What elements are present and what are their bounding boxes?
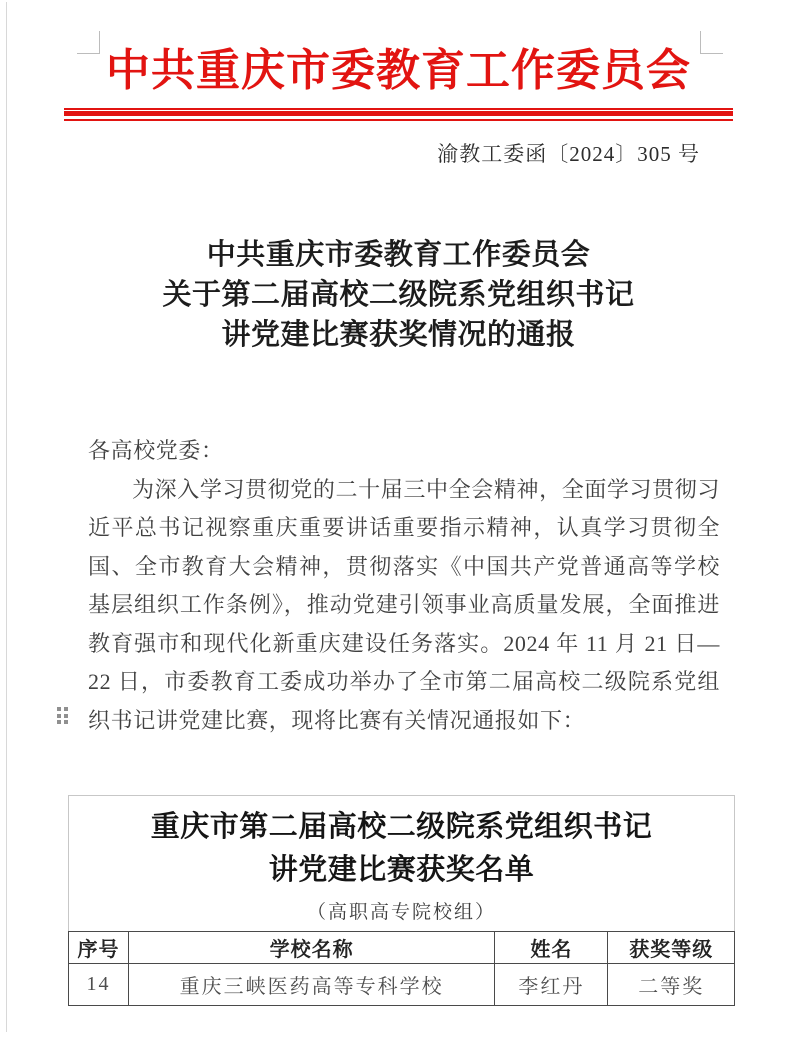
document-title-line-1: 中共重庆市委教育工作委员会 — [0, 235, 797, 275]
table-row: 14 重庆三峡医药高等专科学校 李红丹 二等奖 — [69, 964, 735, 1006]
table-cell-name: 李红丹 — [495, 964, 608, 1006]
salutation: 各高校党委： — [88, 432, 720, 471]
document-title-line-3: 讲党建比赛获奖情况的通报 — [0, 315, 797, 355]
award-heading-line-1: 重庆市第二届高校二级院系党组织书记 — [69, 806, 734, 849]
table-header-seq: 序号 — [69, 932, 129, 964]
table-header-school: 学校名称 — [128, 932, 494, 964]
red-divider — [64, 108, 733, 121]
red-divider-thin-line — [64, 119, 733, 121]
page-corner-mark-top-left-icon — [77, 31, 100, 54]
red-divider-thick-line — [64, 108, 733, 116]
body-paragraph: 为深入学习贯彻党的二十届三中全会精神，全面学习贯彻习近平总书记视察重庆重要讲话重… — [88, 471, 720, 741]
document-body: 各高校党委： 为深入学习贯彻党的二十届三中全会精神，全面学习贯彻习近平总书记视察… — [88, 432, 720, 740]
drag-handle-icon[interactable] — [57, 707, 68, 724]
table-header-award: 获奖等级 — [608, 932, 735, 964]
page-corner-mark-top-right-icon — [700, 31, 723, 54]
document-number: 渝教工委函〔2024〕305 号 — [0, 138, 700, 168]
award-group-label: （高职高专院校组） — [69, 897, 734, 924]
award-table: 序号 学校名称 姓名 获奖等级 14 重庆三峡医药高等专科学校 李红丹 二等奖 — [68, 931, 735, 1006]
award-section: 重庆市第二届高校二级院系党组织书记 讲党建比赛获奖名单 （高职高专院校组） 序号… — [68, 795, 735, 1006]
page-edge-line — [6, 2, 7, 1032]
table-cell-seq: 14 — [69, 964, 129, 1006]
letterhead-title: 中共重庆市委教育工作委员会 — [0, 0, 797, 95]
table-cell-award: 二等奖 — [608, 964, 735, 1006]
document-title-line-2: 关于第二届高校二级院系党组织书记 — [0, 275, 797, 315]
table-cell-school: 重庆三峡医药高等专科学校 — [128, 964, 494, 1006]
table-header-row: 序号 学校名称 姓名 获奖等级 — [69, 932, 735, 964]
table-header-name: 姓名 — [495, 932, 608, 964]
document-title: 中共重庆市委教育工作委员会 关于第二届高校二级院系党组织书记 讲党建比赛获奖情况… — [0, 235, 797, 355]
award-heading-line-2: 讲党建比赛获奖名单 — [69, 849, 734, 892]
